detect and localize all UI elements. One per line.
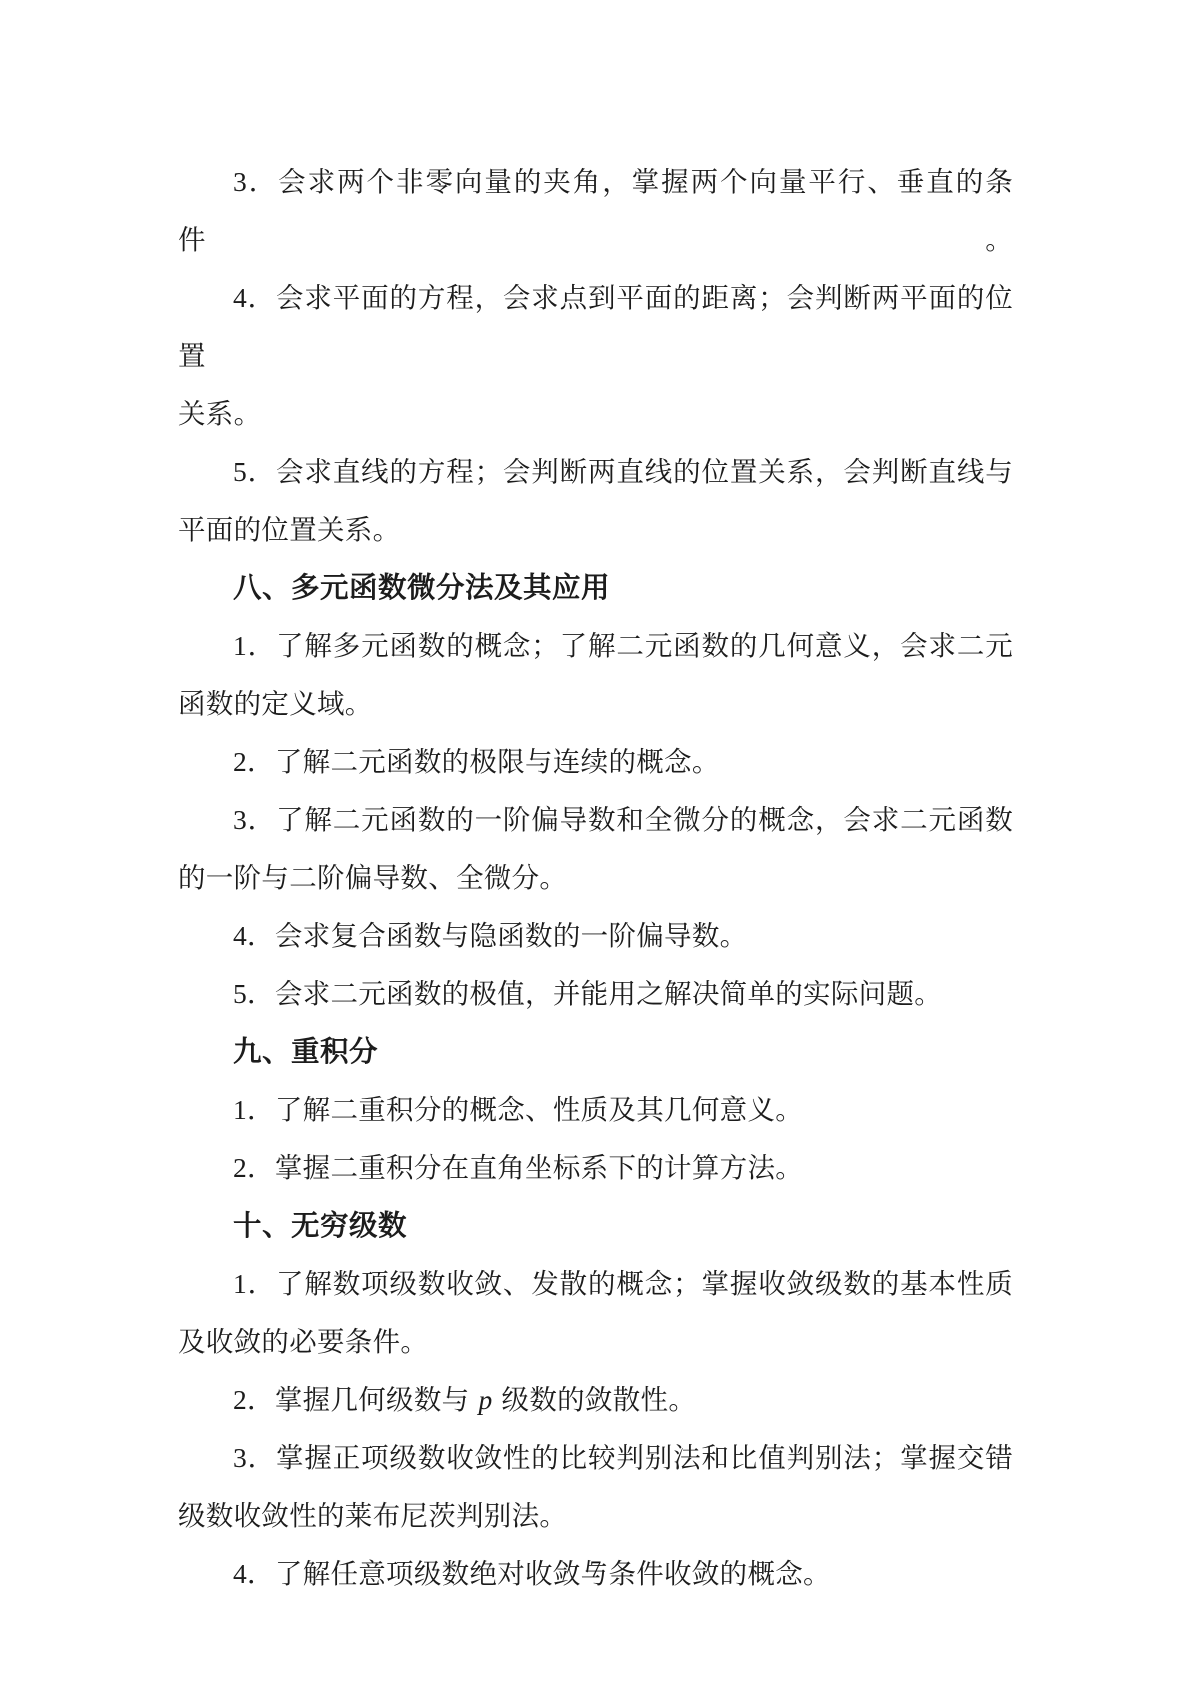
text-line: 2．了解二元函数的极限与连续的概念。 (178, 733, 1013, 791)
text-line: 2．掌握几何级数与p级数的敛散性。 (178, 1371, 1013, 1429)
document-body: 3．会求两个非零向量的夹角，掌握两个向量平行、垂直的条件。 4．会求平面的方程，… (178, 153, 1013, 1603)
text-line: 1．了解数项级数收敛、发散的概念；掌握收敛级数的基本性质 (178, 1255, 1013, 1313)
text-line: 3．掌握正项级数收敛性的比较判别法和比值判别法；掌握交错 (178, 1429, 1013, 1487)
text-line: 1．了解多元函数的概念；了解二元函数的几何意义，会求二元 (178, 617, 1013, 675)
text-line: 的一阶与二阶偏导数、全微分。 (178, 849, 1013, 907)
text-segment: 2．掌握几何级数与 (233, 1384, 469, 1415)
text-line: 关系。 (178, 385, 1013, 443)
text-line: 2．掌握二重积分在直角坐标系下的计算方法。 (178, 1139, 1013, 1197)
text-line: 1．了解二重积分的概念、性质及其几何意义。 (178, 1081, 1013, 1139)
text-line: 4．会求平面的方程，会求点到平面的距离；会判断两平面的位置 (178, 269, 1013, 385)
text-line: 级数收敛性的莱布尼茨判别法。 (178, 1487, 1013, 1545)
page-number: 7 (0, 1556, 1191, 1584)
text-line: 4．会求复合函数与隐函数的一阶偏导数。 (178, 907, 1013, 965)
section-heading-9: 九、重积分 (178, 1023, 1013, 1081)
math-variable-p: p (478, 1384, 492, 1415)
text-segment: 级数的敛散性。 (502, 1384, 697, 1415)
document-page: 3．会求两个非零向量的夹角，掌握两个向量平行、垂直的条件。 4．会求平面的方程，… (0, 0, 1191, 1684)
text-line: 5．会求二元函数的极值，并能用之解决简单的实际问题。 (178, 965, 1013, 1023)
section-heading-8: 八、多元函数微分法及其应用 (178, 559, 1013, 617)
text-line: 及收敛的必要条件。 (178, 1313, 1013, 1371)
text-line: 函数的定义域。 (178, 675, 1013, 733)
text-line: 3．了解二元函数的一阶偏导数和全微分的概念，会求二元函数 (178, 791, 1013, 849)
section-heading-10: 十、无穷级数 (178, 1197, 1013, 1255)
text-line: 5．会求直线的方程；会判断两直线的位置关系，会判断直线与 (178, 443, 1013, 501)
text-line: 3．会求两个非零向量的夹角，掌握两个向量平行、垂直的条件。 (178, 153, 1013, 269)
text-line: 平面的位置关系。 (178, 501, 1013, 559)
